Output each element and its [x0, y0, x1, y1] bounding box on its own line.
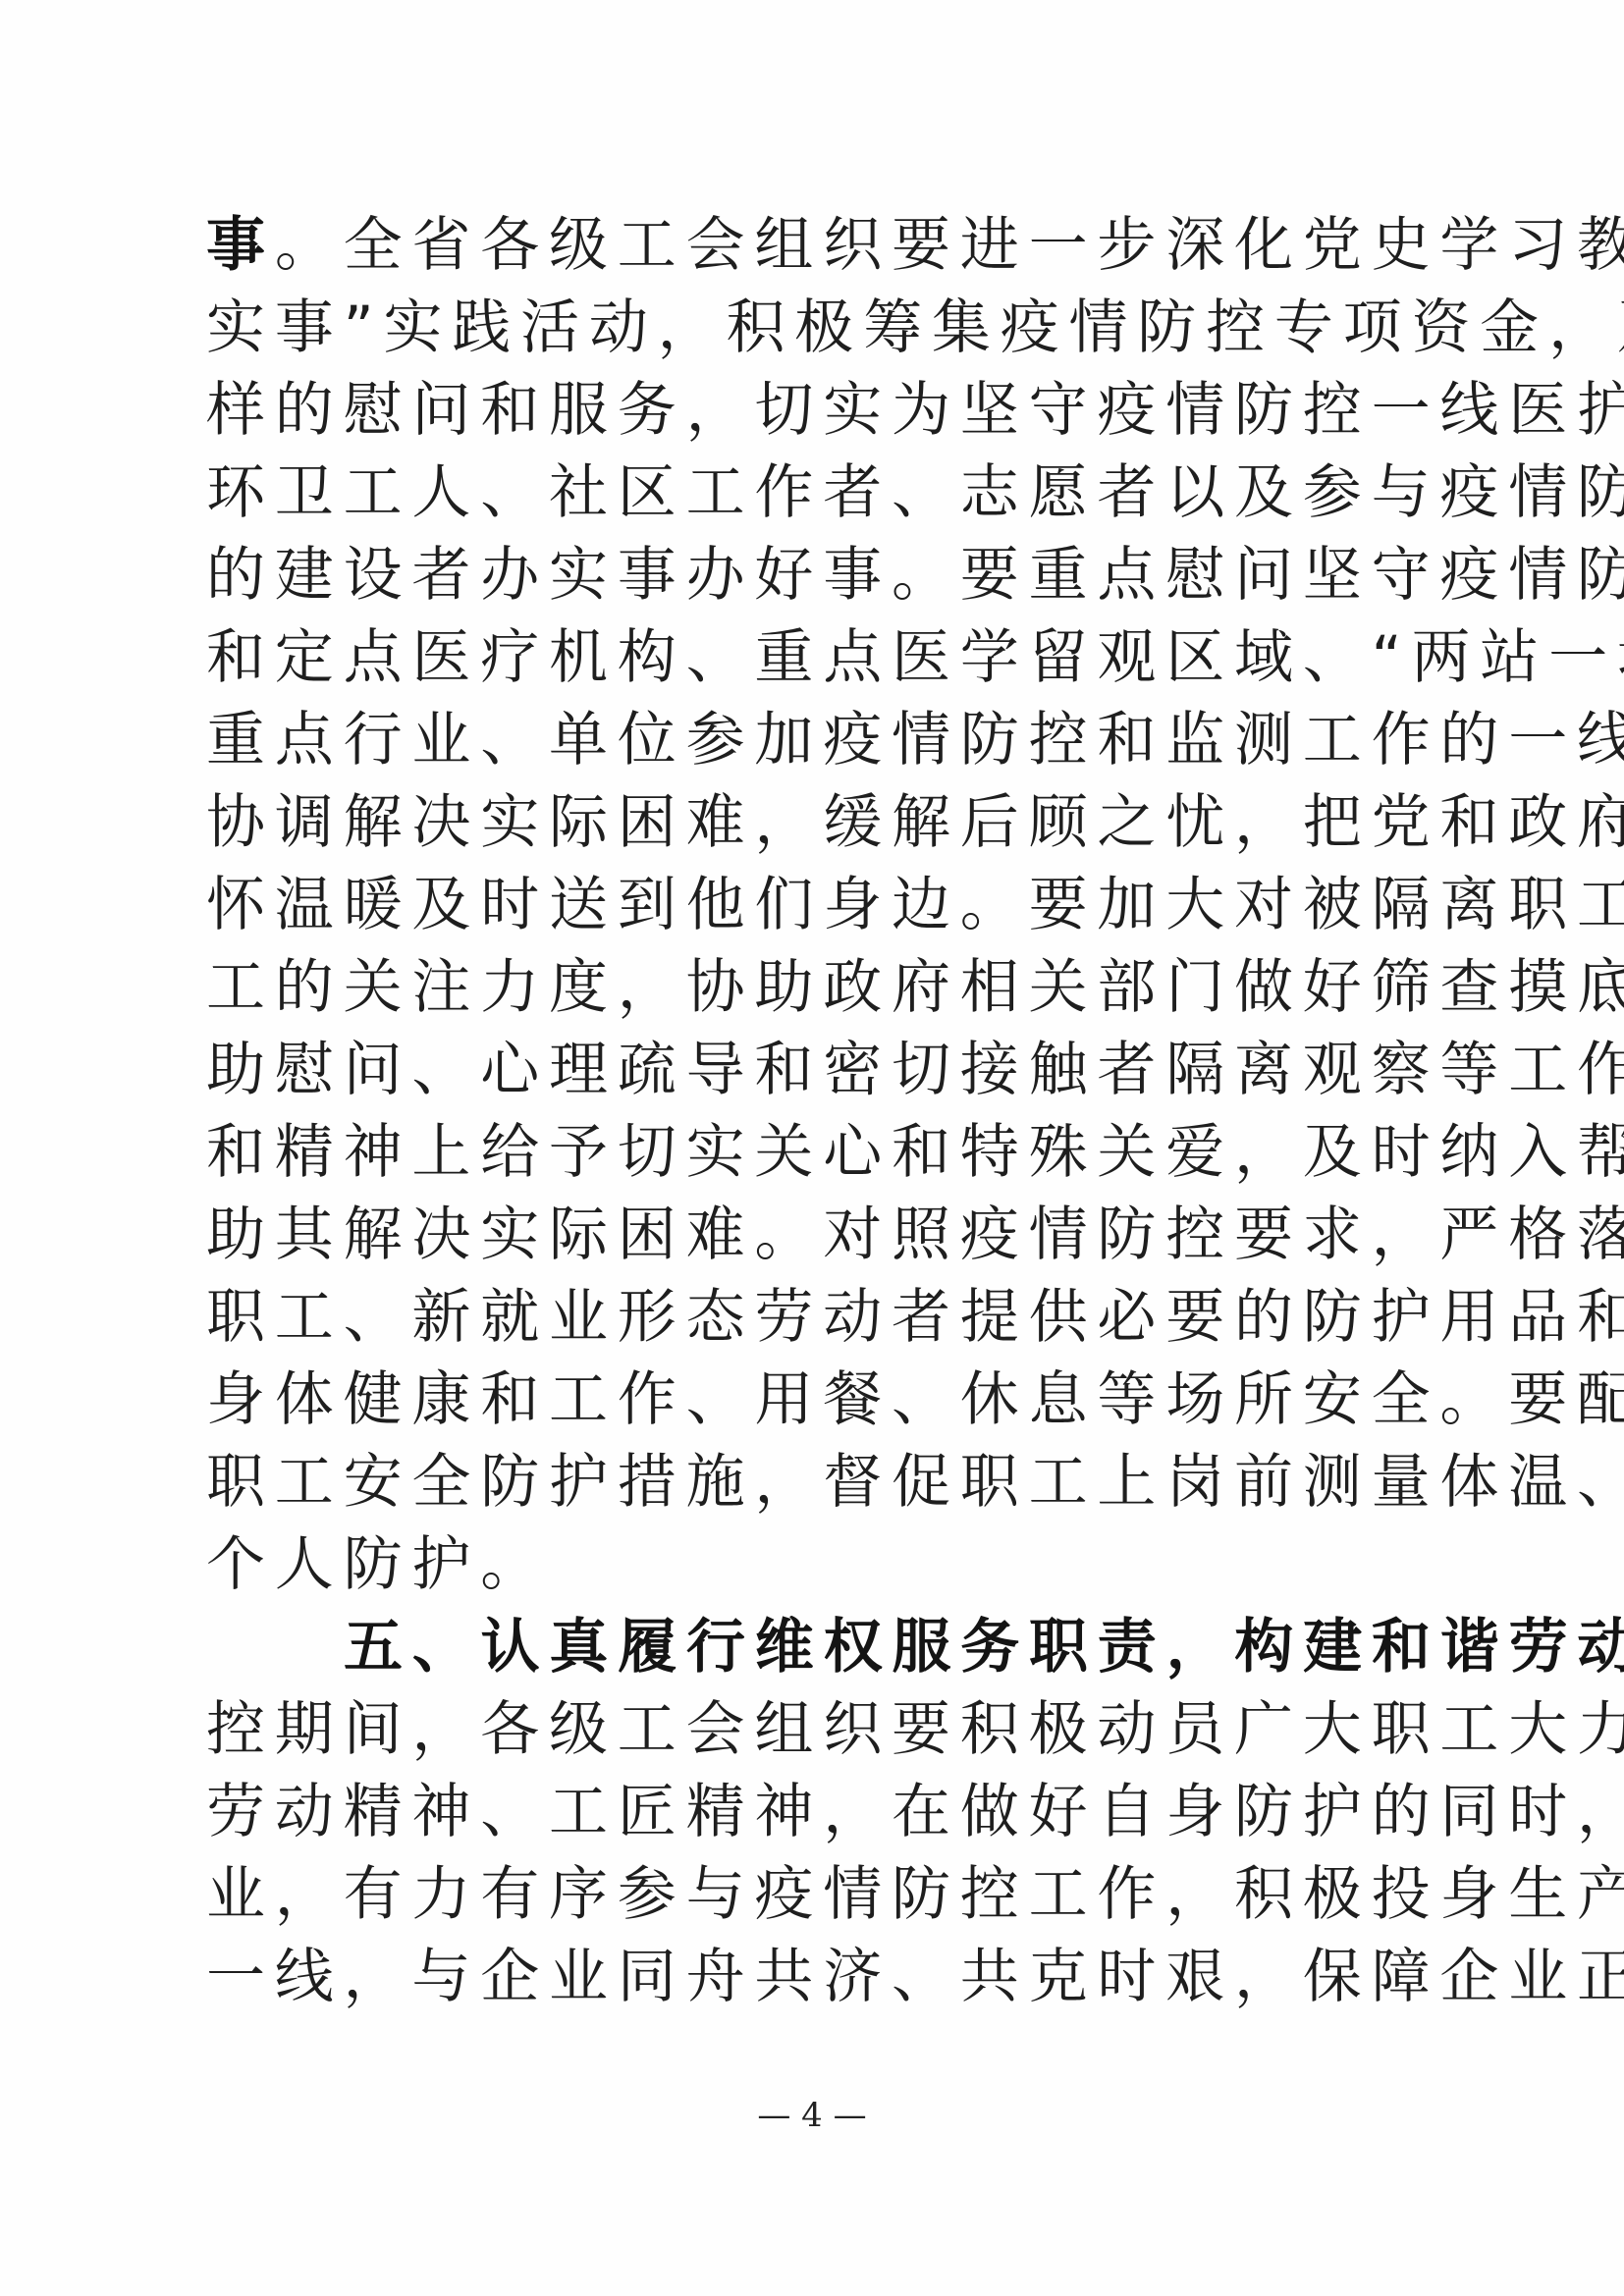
text-line: 事。全省各级工会组织要进一步深化党史学习教育“我为群众办: [206, 204, 1453, 287]
text-line: 环卫工人、社区工作者、志愿者以及参与疫情防控重点工程项目: [206, 452, 1453, 534]
text-line: 和精神上给予切实关心和特殊关爱，及时纳入帮扶范围，尽力帮: [206, 1111, 1453, 1194]
text-line: 助慰问、心理疏导和密切接触者隔离观察等工作，从工作、生活: [206, 1029, 1453, 1111]
text-line: 身体健康和工作、用餐、休息等场所安全。要配合企业认真落实: [206, 1359, 1453, 1441]
text-line: 个人防护。: [206, 1523, 1453, 1606]
text-line: 工的关注力度，协助政府相关部门做好筛查摸底、帮扶服务、救: [206, 946, 1453, 1029]
section-5-heading: 五、认真履行维权服务职责，构建和谐劳动关系。: [344, 1613, 1624, 1682]
text-line: 业，有力有序参与疫情防控工作，积极投身生产、运输、供应等: [206, 1853, 1453, 1936]
text-line: 控期间，各级工会组织要积极动员广大职工大力弘扬劳模精神、: [206, 1688, 1453, 1771]
body-text: 事。全省各级工会组织要进一步深化党史学习教育“我为群众办 实事”实践活动，积极筹…: [206, 204, 1453, 2018]
document-page: 事。全省各级工会组织要进一步深化党史学习教育“我为群众办 实事”实践活动，积极筹…: [0, 0, 1624, 2296]
text-line: 和定点医疗机构、重点医学留观区域、“两站一场”等防控站点和: [206, 616, 1453, 699]
text-line: 职工安全防护措施，督促职工上岗前测量体温、佩戴口罩，做好: [206, 1441, 1453, 1523]
text-line: 样的慰问和服务，切实为坚守疫情防控一线医护人员、公安干警、: [206, 369, 1453, 452]
text-line: 实事”实践活动，积极筹集疫情防控专项资金，及时开展形式多: [206, 287, 1453, 369]
text-line: 劳动精神、工匠精神，在做好自身防护的同时，立足岗位建功立: [206, 1771, 1453, 1853]
text-line: 怀温暖及时送到他们身边。要加大对被隔离职工以及生活困难职: [206, 864, 1453, 946]
text-line: 助其解决实际困难。对照疫情防控要求，严格落实防控措施，为: [206, 1194, 1453, 1276]
text-line: 一线，与企业同舟共济、共克时艰，保障企业正常生产经营秩序。: [206, 1936, 1453, 2018]
text-line: 协调解决实际困难，缓解后顾之忧，把党和政府及工会组织的关: [206, 781, 1453, 864]
page-number: — 4 —: [0, 2096, 1624, 2135]
text-line: 职工、新就业形态劳动者提供必要的防护用品和设施，确保职工: [206, 1276, 1453, 1359]
text-line: 的建设者办实事办好事。要重点慰问坚守疫情防控一线医护人员: [206, 534, 1453, 616]
text-line: 重点行业、单位参加疫情防控和监测工作的一线职工，积极为其: [206, 699, 1453, 781]
section-5-first-line: 五、认真履行维权服务职责，构建和谐劳动关系。在疫情防: [206, 1606, 1453, 1688]
line-text: 。全省各级工会组织要进一步深化党史学习教育“我为群众办: [275, 211, 1624, 280]
bold-prefix: 事: [206, 211, 275, 280]
